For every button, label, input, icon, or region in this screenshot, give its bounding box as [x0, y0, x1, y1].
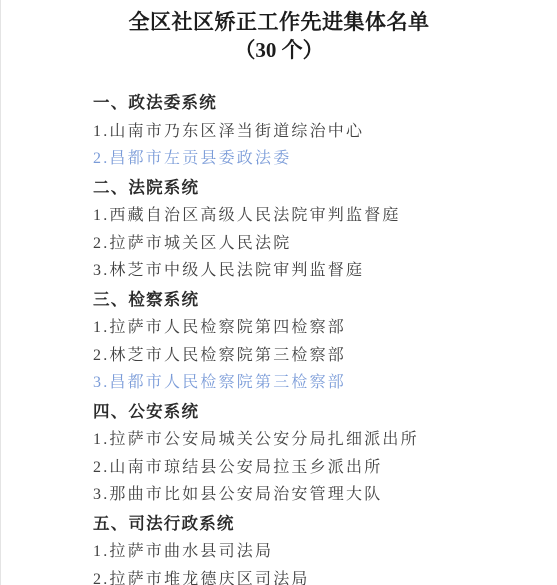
section-heading: 二、法院系统 — [93, 175, 527, 203]
list-item: 3.林芝市中级人民法院审判监督庭 — [93, 257, 527, 285]
list-item-link[interactable]: 2.昌都市左贡县委政法委 — [93, 145, 527, 173]
list-item: 2.山南市琼结县公安局拉玉乡派出所 — [93, 454, 527, 482]
section-heading: 一、政法委系统 — [93, 90, 527, 118]
list-item: 1.山南市乃东区泽当街道综治中心 — [93, 118, 527, 146]
list-item: 1.拉萨市人民检察院第四检察部 — [93, 314, 527, 342]
document-title: 全区社区矫正工作先进集体名单 （30 个） — [1, 0, 557, 64]
list-item: 1.拉萨市公安局城关公安分局扎细派出所 — [93, 426, 527, 454]
section-heading: 四、公安系统 — [93, 399, 527, 427]
document-page: 全区社区矫正工作先进集体名单 （30 个） 一、政法委系统1.山南市乃东区泽当街… — [1, 0, 557, 585]
list-item: 2.拉萨市堆龙德庆区司法局 — [93, 566, 527, 585]
section-heading: 五、司法行政系统 — [93, 511, 527, 539]
list-item: 3.那曲市比如县公安局治安管理大队 — [93, 481, 527, 509]
list-item: 2.拉萨市城关区人民法院 — [93, 230, 527, 258]
list-item: 1.拉萨市曲水县司法局 — [93, 538, 527, 566]
list-item: 1.西藏自治区高级人民法院审判监督庭 — [93, 202, 527, 230]
document-title-count: （30 个） — [1, 36, 557, 64]
document-title-line1: 全区社区矫正工作先进集体名单 — [1, 8, 557, 36]
section-heading: 三、检察系统 — [93, 287, 527, 315]
list-item: 2.林芝市人民检察院第三检察部 — [93, 342, 527, 370]
sections-list: 一、政法委系统1.山南市乃东区泽当街道综治中心2.昌都市左贡县委政法委二、法院系… — [1, 90, 557, 585]
list-item-link[interactable]: 3.昌都市人民检察院第三检察部 — [93, 369, 527, 397]
